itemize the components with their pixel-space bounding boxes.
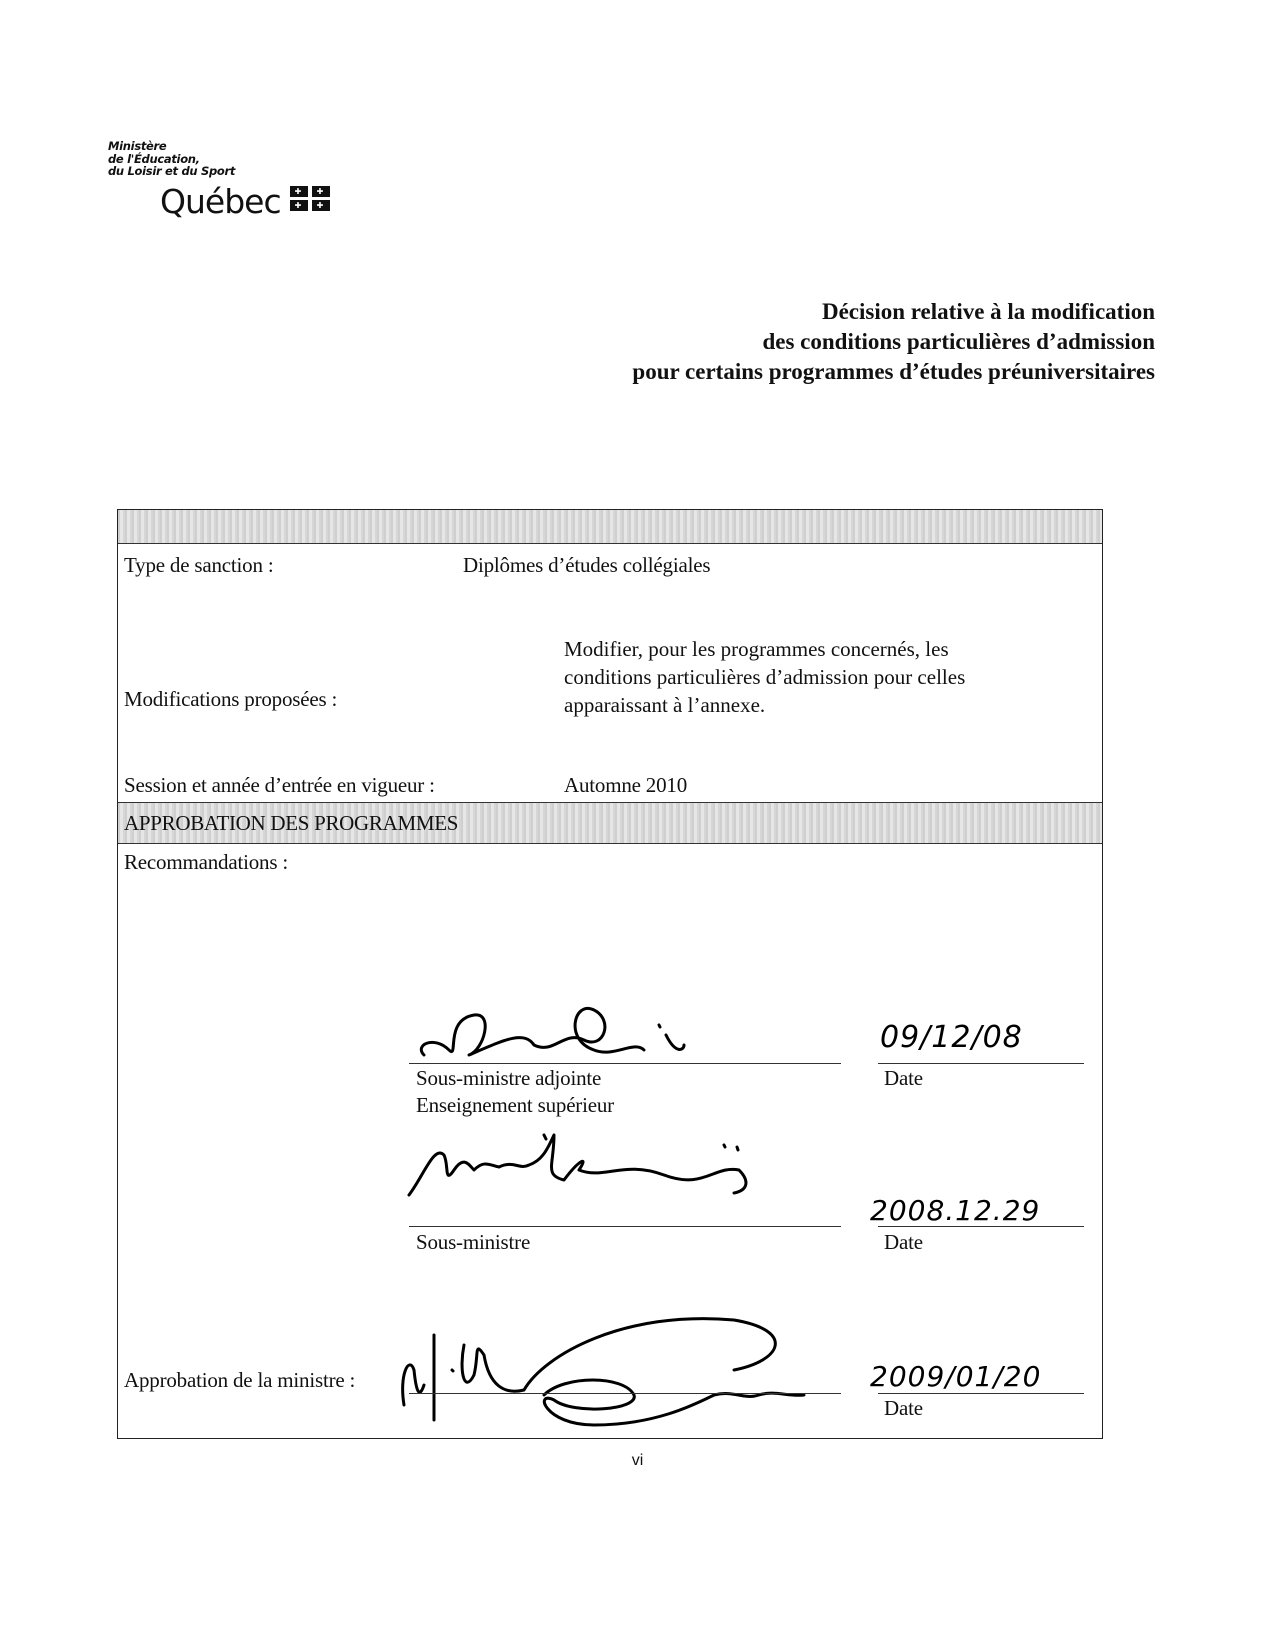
ministry-name-line-1: Ministère [108, 140, 235, 153]
approval-section-band: APPROBATION DES PROGRAMMES [118, 802, 1102, 844]
type-sanction-value: Diplômes d’études collégiales [463, 553, 710, 578]
date-line-3 [878, 1393, 1084, 1394]
modifications-line-2: conditions particulières d’admission pou… [564, 663, 1084, 691]
signature-1-handwritten-date: 09/12/08 [880, 1020, 1023, 1055]
signature-minister [394, 1315, 854, 1440]
date-line-1 [878, 1063, 1084, 1064]
title-line-1: Décision relative à la modification [632, 297, 1155, 327]
decision-form: Type de sanction : Diplômes d’études col… [117, 509, 1103, 1439]
title-line-3: pour certains programmes d’études préuni… [632, 357, 1155, 387]
shaded-header-band [118, 510, 1102, 544]
signature-3-handwritten-date: 2009/01/20 [870, 1360, 1041, 1393]
page-number: vi [0, 1452, 1275, 1470]
fleurdelise-flag-icon [290, 186, 330, 211]
signature-line-2 [409, 1226, 841, 1227]
signature-deputy-minister [404, 1125, 804, 1205]
approval-section-title: APPROBATION DES PROGRAMMES [124, 811, 458, 836]
ministry-logo: Ministère de l'Éducation, du Loisir et d… [108, 140, 235, 178]
signature-line-1 [409, 1063, 841, 1064]
date-line-2 [878, 1226, 1084, 1227]
signature-2-handwritten-date: 2008.12.29 [870, 1194, 1040, 1227]
quebec-wordmark: Québec [160, 182, 281, 221]
modifications-label: Modifications proposées : [124, 687, 337, 712]
recommendations-label: Recommandations : [124, 850, 288, 875]
session-label: Session et année d’entrée en vigueur : [124, 773, 435, 798]
modifications-line-3: apparaissant à l’annexe. [564, 691, 1084, 719]
signature-deputy-minister-assistant [414, 1000, 714, 1070]
signature-1-date-label: Date [884, 1066, 923, 1091]
document-title: Décision relative à la modification des … [632, 297, 1155, 387]
title-line-2: des conditions particulières d’admission [632, 327, 1155, 357]
signature-2-date-label: Date [884, 1230, 923, 1255]
signature-3-date-label: Date [884, 1396, 923, 1421]
signature-line-3 [409, 1393, 841, 1394]
modifications-line-1: Modifier, pour les programmes concernés,… [564, 635, 1084, 663]
ministry-name-line-3: du Loisir et du Sport [108, 165, 235, 178]
session-value: Automne 2010 [564, 773, 687, 798]
signature-1-role-line-2: Enseignement supérieur [416, 1093, 614, 1118]
modifications-value: Modifier, pour les programmes concernés,… [564, 635, 1084, 719]
minister-approval-label: Approbation de la ministre : [124, 1368, 355, 1393]
signature-1-role-line-1: Sous-ministre adjointe [416, 1066, 601, 1091]
type-sanction-label: Type de sanction : [124, 553, 273, 578]
signature-2-role: Sous-ministre [416, 1230, 530, 1255]
